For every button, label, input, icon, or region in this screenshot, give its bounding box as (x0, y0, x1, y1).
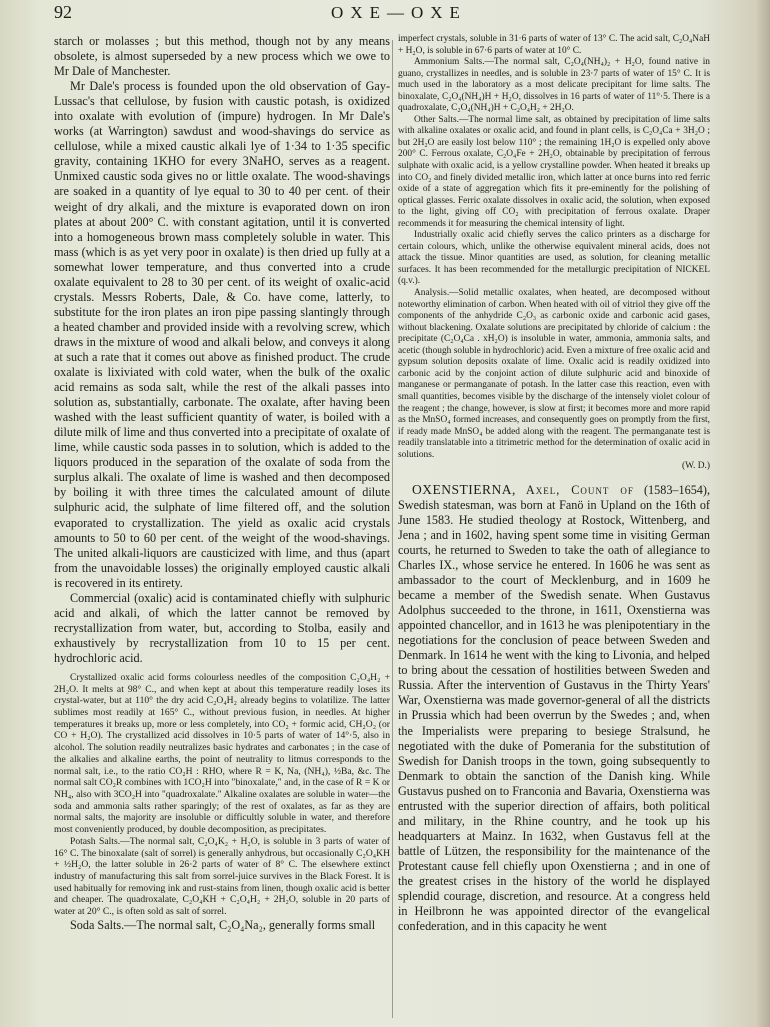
paragraph: Industrially oxalic acid chiefly serves … (398, 230, 710, 288)
entry-dates: (1583–1654), (644, 483, 710, 497)
paragraph: Commercial (oxalic) acid is contaminated… (54, 591, 390, 666)
small-print-section: imperfect crystals, soluble in 31·6 part… (398, 34, 710, 473)
right-column: imperfect crystals, soluble in 31·6 part… (398, 34, 710, 934)
paragraph: Analysis.—Solid metallic oxalates, when … (398, 288, 710, 461)
paragraph: Ammonium Salts.—The normal salt, C₂O₄(NH… (398, 57, 710, 115)
paragraph: Crystallized oxalic acid forms colourles… (54, 672, 390, 836)
entry-body: Swedish statesman, was born at Fanö in U… (398, 498, 710, 933)
paragraph: Other Salts.—The normal lime salt, as ob… (398, 115, 710, 230)
left-column: starch or molasses ; but this method, th… (54, 34, 390, 933)
entry-headword: OXENSTIERNA, (412, 482, 516, 497)
paragraph: starch or molasses ; but this method, th… (54, 34, 390, 79)
paragraph: imperfect crystals, soluble in 31·6 part… (398, 34, 710, 57)
running-head: OXE—OXE (54, 3, 744, 23)
paragraph: Soda Salts.—The normal salt, C₂O₄Na₂, ge… (54, 918, 390, 933)
page-edge-shadow (754, 0, 770, 1027)
column-divider (392, 40, 393, 1018)
paragraph: Mr Dale's process is founded upon the ol… (54, 79, 390, 591)
paragraph: Potash Salts.—The normal salt, C₂O₄K₂ + … (54, 836, 390, 918)
small-print-section: Crystallized oxalic acid forms colourles… (54, 672, 390, 933)
page-header: 92 OXE—OXE (54, 2, 744, 24)
entry-name: Axel, Count of (526, 483, 634, 497)
author-signature: (W. D.) (398, 461, 710, 473)
encyclopedia-entry: OXENSTIERNA, Axel, Count of (1583–1654),… (398, 482, 710, 934)
